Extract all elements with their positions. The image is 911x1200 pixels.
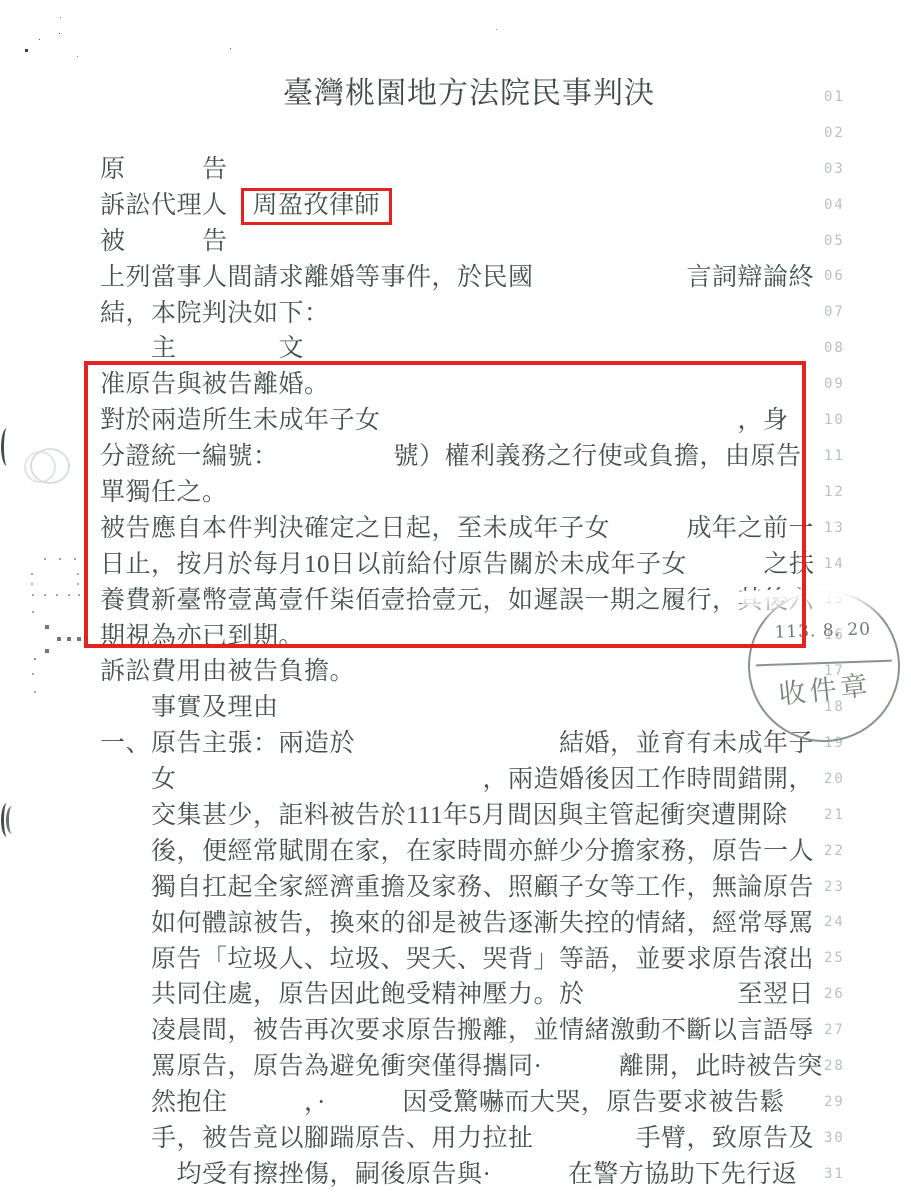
- highlight-box-attorney-name: 周盈孜律師: [241, 188, 393, 225]
- court-judgment-page: 臺灣桃園地方法院民事判決 原 告訴訟代理人周盈孜律師被 告上列當事人間請求離婚等…: [0, 0, 911, 1200]
- line-number: 13: [824, 511, 884, 547]
- line-number: 24: [824, 905, 884, 941]
- line-number: 21: [824, 798, 884, 834]
- line-number: 01: [824, 80, 884, 116]
- text-line-content: 共同住處，原告因此飽受精神壓力。於 至翌日: [100, 981, 814, 1008]
- line-number: 10: [824, 403, 884, 439]
- line-number: 23: [824, 870, 884, 906]
- page-title: 臺灣桃園地方法院民事判決: [283, 68, 655, 112]
- text-line-content: 原 告: [100, 156, 228, 183]
- line-number: 12: [824, 475, 884, 511]
- line-number: 08: [824, 331, 884, 367]
- text-line: 原告「垃圾人、垃圾、哭夭、哭背」等語，並要求原告滾出: [100, 942, 840, 978]
- line-number: 07: [824, 295, 884, 331]
- line-number: 26: [824, 977, 884, 1013]
- line-number: 22: [824, 834, 884, 870]
- text-line: 然抱住 ，· 因受驚嚇而大哭，原告要求被告鬆: [100, 1085, 840, 1121]
- text-line-content: 交集甚少，詎料被告於111年5月間因與主管起衝突遭開除: [100, 802, 788, 829]
- text-line: 交集甚少，詎料被告於111年5月間因與主管起衝突遭開除: [100, 798, 840, 834]
- line-number: 05: [824, 224, 884, 260]
- line-number: 27: [824, 1013, 884, 1049]
- text-line-content: 結，本院判決如下：: [100, 300, 330, 327]
- line-number: 25: [824, 941, 884, 977]
- scan-artifact-edge-mark: [1, 428, 13, 466]
- text-line: 一、原告主張：兩造於 結婚，並育有未成年子: [100, 726, 840, 762]
- text-line-content: 被 告: [100, 228, 228, 255]
- line-number: 03: [824, 152, 884, 188]
- text-line: 手，被告竟以腳踹原告、用力拉扯 手臂，致原告及: [100, 1121, 840, 1157]
- text-line-content: 上列當事人間請求離婚等事件，於民國 言詞辯論終: [100, 264, 814, 291]
- highlight-box-main-text: [84, 361, 806, 648]
- line-number: 02: [824, 116, 884, 152]
- text-line: 女 ，兩造婚後因工作時間錯開，: [100, 762, 840, 798]
- text-line-content: 罵原告，原告為避免衝突僅得攜同· 離開，此時被告突: [100, 1053, 823, 1080]
- line-number: 11: [824, 439, 884, 475]
- line-number: 28: [824, 1049, 884, 1085]
- text-line: 共同住處，原告因此飽受精神壓力。於 至翌日: [100, 977, 840, 1013]
- scan-artifact-edge-mark: [6, 806, 18, 834]
- text-line: 後，便經常賦閒在家，在家時間亦鮮少分擔家務，原告一人: [100, 834, 840, 870]
- text-line: 結，本院判決如下：: [100, 296, 840, 332]
- text-line: 被 告: [100, 224, 840, 260]
- line-number: 30: [824, 1121, 884, 1157]
- scan-artifact-dot-cluster: [0, 0, 4, 4]
- stamp-label: 收件章: [749, 660, 900, 714]
- text-line-content: 凌晨間，被告再次要求原告搬離，並情緒激動不斷以言語辱: [100, 1017, 814, 1044]
- text-line: 如何體諒被告，換來的卻是被告逐漸失控的情緒，經常辱罵: [100, 906, 840, 942]
- text-line-content: 如何體諒被告，換來的卻是被告逐漸失控的情緒，經常辱罵: [100, 910, 814, 937]
- text-line-content: 主 文: [100, 335, 304, 362]
- text-line: 凌晨間，被告再次要求原告搬離，並情緒激動不斷以言語辱: [100, 1013, 840, 1049]
- text-line-content: 後，便經常賦閒在家，在家時間亦鮮少分擔家務，原告一人: [100, 838, 814, 865]
- line-number: 29: [824, 1085, 884, 1121]
- text-line-content: 訴訟費用由被告負擔。: [100, 658, 355, 685]
- text-line-content: 獨自扛起全家經濟重擔及家務、照顧子女等工作，無論原告: [100, 874, 814, 901]
- scan-artifact-ring: [24, 451, 56, 483]
- text-line: 罵原告，原告為避免衝突僅得攜同· 離開，此時被告突: [100, 1049, 840, 1085]
- document-body: 原 告訴訟代理人周盈孜律師被 告上列當事人間請求離婚等事件，於民國 言詞辯論終結…: [100, 152, 840, 1193]
- text-line-content: 一、原告主張：兩造於 結婚，並育有未成年子: [100, 730, 814, 757]
- text-line-content: 手，被告竟以腳踹原告、用力拉扯 手臂，致原告及: [100, 1125, 814, 1152]
- line-number: 06: [824, 259, 884, 295]
- text-line: 事實及理由: [100, 690, 840, 726]
- line-number: 04: [824, 188, 884, 224]
- text-line-content: 原告「垃圾人、垃圾、哭夭、哭背」等語，並要求原告滾出: [100, 946, 814, 973]
- text-line-content: 然抱住 ，· 因受驚嚇而大哭，原告要求被告鬆: [100, 1089, 785, 1116]
- text-line-content: 事實及理由: [100, 694, 279, 721]
- line-number: 20: [824, 762, 884, 798]
- text-line: 獨自扛起全家經濟重擔及家務、照顧子女等工作，無論原告: [100, 870, 840, 906]
- text-line-content: 均受有擦挫傷，嗣後原告與· 在警方協助下先行返: [100, 1161, 797, 1188]
- text-line-content: 訴訟代理人: [100, 192, 228, 219]
- text-line-content: 女 ，兩造婚後因工作時間錯開，: [100, 766, 814, 793]
- text-line: 上列當事人間請求離婚等事件，於民國 言詞辯論終: [100, 260, 840, 296]
- line-number: 31: [824, 1157, 884, 1193]
- text-line: 訴訟費用由被告負擔。: [100, 654, 840, 690]
- text-line: 訴訟代理人周盈孜律師: [100, 188, 840, 224]
- line-number: 09: [824, 367, 884, 403]
- text-line: 原 告: [100, 152, 840, 188]
- text-line: 均受有擦挫傷，嗣後原告與· 在警方協助下先行返: [100, 1157, 840, 1193]
- line-number: 14: [824, 547, 884, 583]
